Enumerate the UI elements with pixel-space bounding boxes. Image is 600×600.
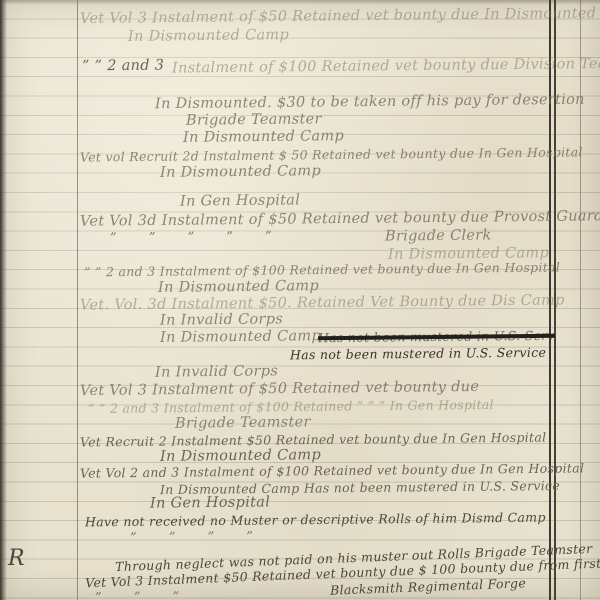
ledger-line: ” ” 2 and 3 Instalment of $100 Retained … [88,397,494,416]
ditto-marks: ” ” ” [95,589,193,600]
ledger-annotation: Has not been mustered in U.S. Service [290,345,546,363]
ledger-line: Vet. Vol. 3d Instalment $50. Retained Ve… [80,292,565,313]
ditto-marks: ” ” ” ” [130,529,267,545]
ledger-line: ” ” 2 and 3 [82,58,164,75]
ledger-line: Instalment of $100 Retained vet bounty d… [172,55,600,76]
right-column-rule [580,0,581,600]
ledger-line: In Dismounted Camp [183,128,344,146]
ledger-line: In Dismounted Camp [158,278,319,296]
ledger-line: In Gen Hospital [150,494,270,511]
ledger-line: In Dismounted Camp [160,163,321,181]
ditto-marks: ” ” ” ” ” [110,229,286,246]
ledger-line: Have not received no Muster or descripti… [85,510,546,530]
ledger-line: In Dismounted. $30 to be taken off his p… [155,92,585,112]
binding-edge-shadow [0,0,7,600]
ledger-line: Vet Vol 3 Instalment of $50 Retained vet… [80,379,479,399]
ledger-line: Vet Vol 3d Instalment of $50 Retained ve… [80,208,600,229]
ledger-line: Brigade Clerk [385,227,492,244]
ledger-line: Brigade Teamster [186,111,322,128]
ledger-line: In Invalid Corps [160,311,283,328]
margin-letter: R [8,546,25,571]
ledger-line: In Gen Hospital [180,192,300,209]
ledger-line: In Dismounted Camp [160,328,321,346]
ledger-line-struck: Has not been mustered in U.S. Serv [318,328,555,345]
ledger-line: In Dismounted Camp [128,27,289,45]
ledger-line: Vet Vol 3 Instalment of $50 Retained vet… [80,5,600,27]
ledger-line: In Invalid Corps [155,363,278,380]
ledger-line: Brigade Teamster [175,414,311,431]
ledger-line: Vet vol Recruit 2d Instalment $ 50 Retai… [80,144,583,164]
ledger-line: In Dismounted Camp [160,447,321,465]
top-edge-shadow [0,0,600,5]
ledger-page: Vet Vol 3 Instalment of $50 Retained vet… [0,0,600,600]
ledger-line: ” ” 2 and 3 Instalment of $100 Retained … [84,260,560,280]
left-margin-rule [77,0,78,600]
